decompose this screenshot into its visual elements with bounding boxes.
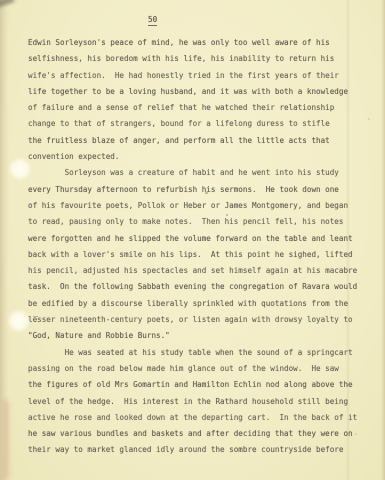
typed-line: his pencil, adjusted his spectacles and … (28, 263, 373, 279)
typed-line: wife's affection. He had honestly tried … (28, 68, 373, 84)
typed-line: passing on the road below made him glanc… (28, 361, 373, 377)
typed-line: of his favourite poets, Pollok or Heber … (28, 198, 373, 214)
typed-line: were forgotten and he slipped the volume… (28, 231, 373, 247)
typed-line: to read, pausing only to make notes. The… (28, 214, 373, 230)
typed-line: "God, Nature and Robbie Burns." (28, 328, 373, 344)
typed-line: of failure and a sense of relief that he… (28, 100, 373, 116)
bottom-left-stain (3, 400, 9, 480)
typed-line: life together to be a loving husband, an… (28, 84, 373, 100)
typed-line: Edwin Sorleyson's peace of mind, he was … (28, 35, 373, 51)
manuscript-page: 50 Edwin Sorleyson's peace of mind, he w… (0, 0, 385, 480)
typed-line: their way to market glanced idly around … (28, 442, 373, 458)
typed-line: he saw various bundles and baskets and a… (28, 426, 373, 442)
typed-line: He was seated at his study table when th… (28, 345, 373, 361)
page-right-edge-shadow (381, 0, 385, 480)
typed-line: convention expected. (28, 149, 373, 165)
typed-text-body: Edwin Sorleyson's peace of mind, he was … (28, 35, 373, 459)
typed-line: the figures of old Mrs Gomartin and Hami… (28, 377, 373, 393)
typed-line: change to that of strangers, bound for a… (28, 116, 373, 132)
typed-line: the fruitless blaze of anger, and perfor… (28, 133, 373, 149)
typed-line: Sorleyson was a creature of habit and he… (28, 165, 373, 181)
typed-line: every Thursday afternoon to refurbish hi… (28, 182, 373, 198)
typed-line: level of the hedge. His interest in the … (28, 394, 373, 410)
typed-line: active he rose and looked down at the de… (28, 410, 373, 426)
page-number: 50 (148, 15, 157, 26)
typed-line: selfishness, his boredom with his life, … (28, 51, 373, 67)
typed-line: back with a lover's smile on his lips. A… (28, 247, 373, 263)
typed-line: lesser nineteenth-century poets, or list… (28, 312, 373, 328)
typed-line: be edified by a discourse liberally spri… (28, 296, 373, 312)
top-left-scan-mark (0, 0, 15, 8)
typed-line: task. On the following Sabbath evening t… (28, 279, 373, 295)
